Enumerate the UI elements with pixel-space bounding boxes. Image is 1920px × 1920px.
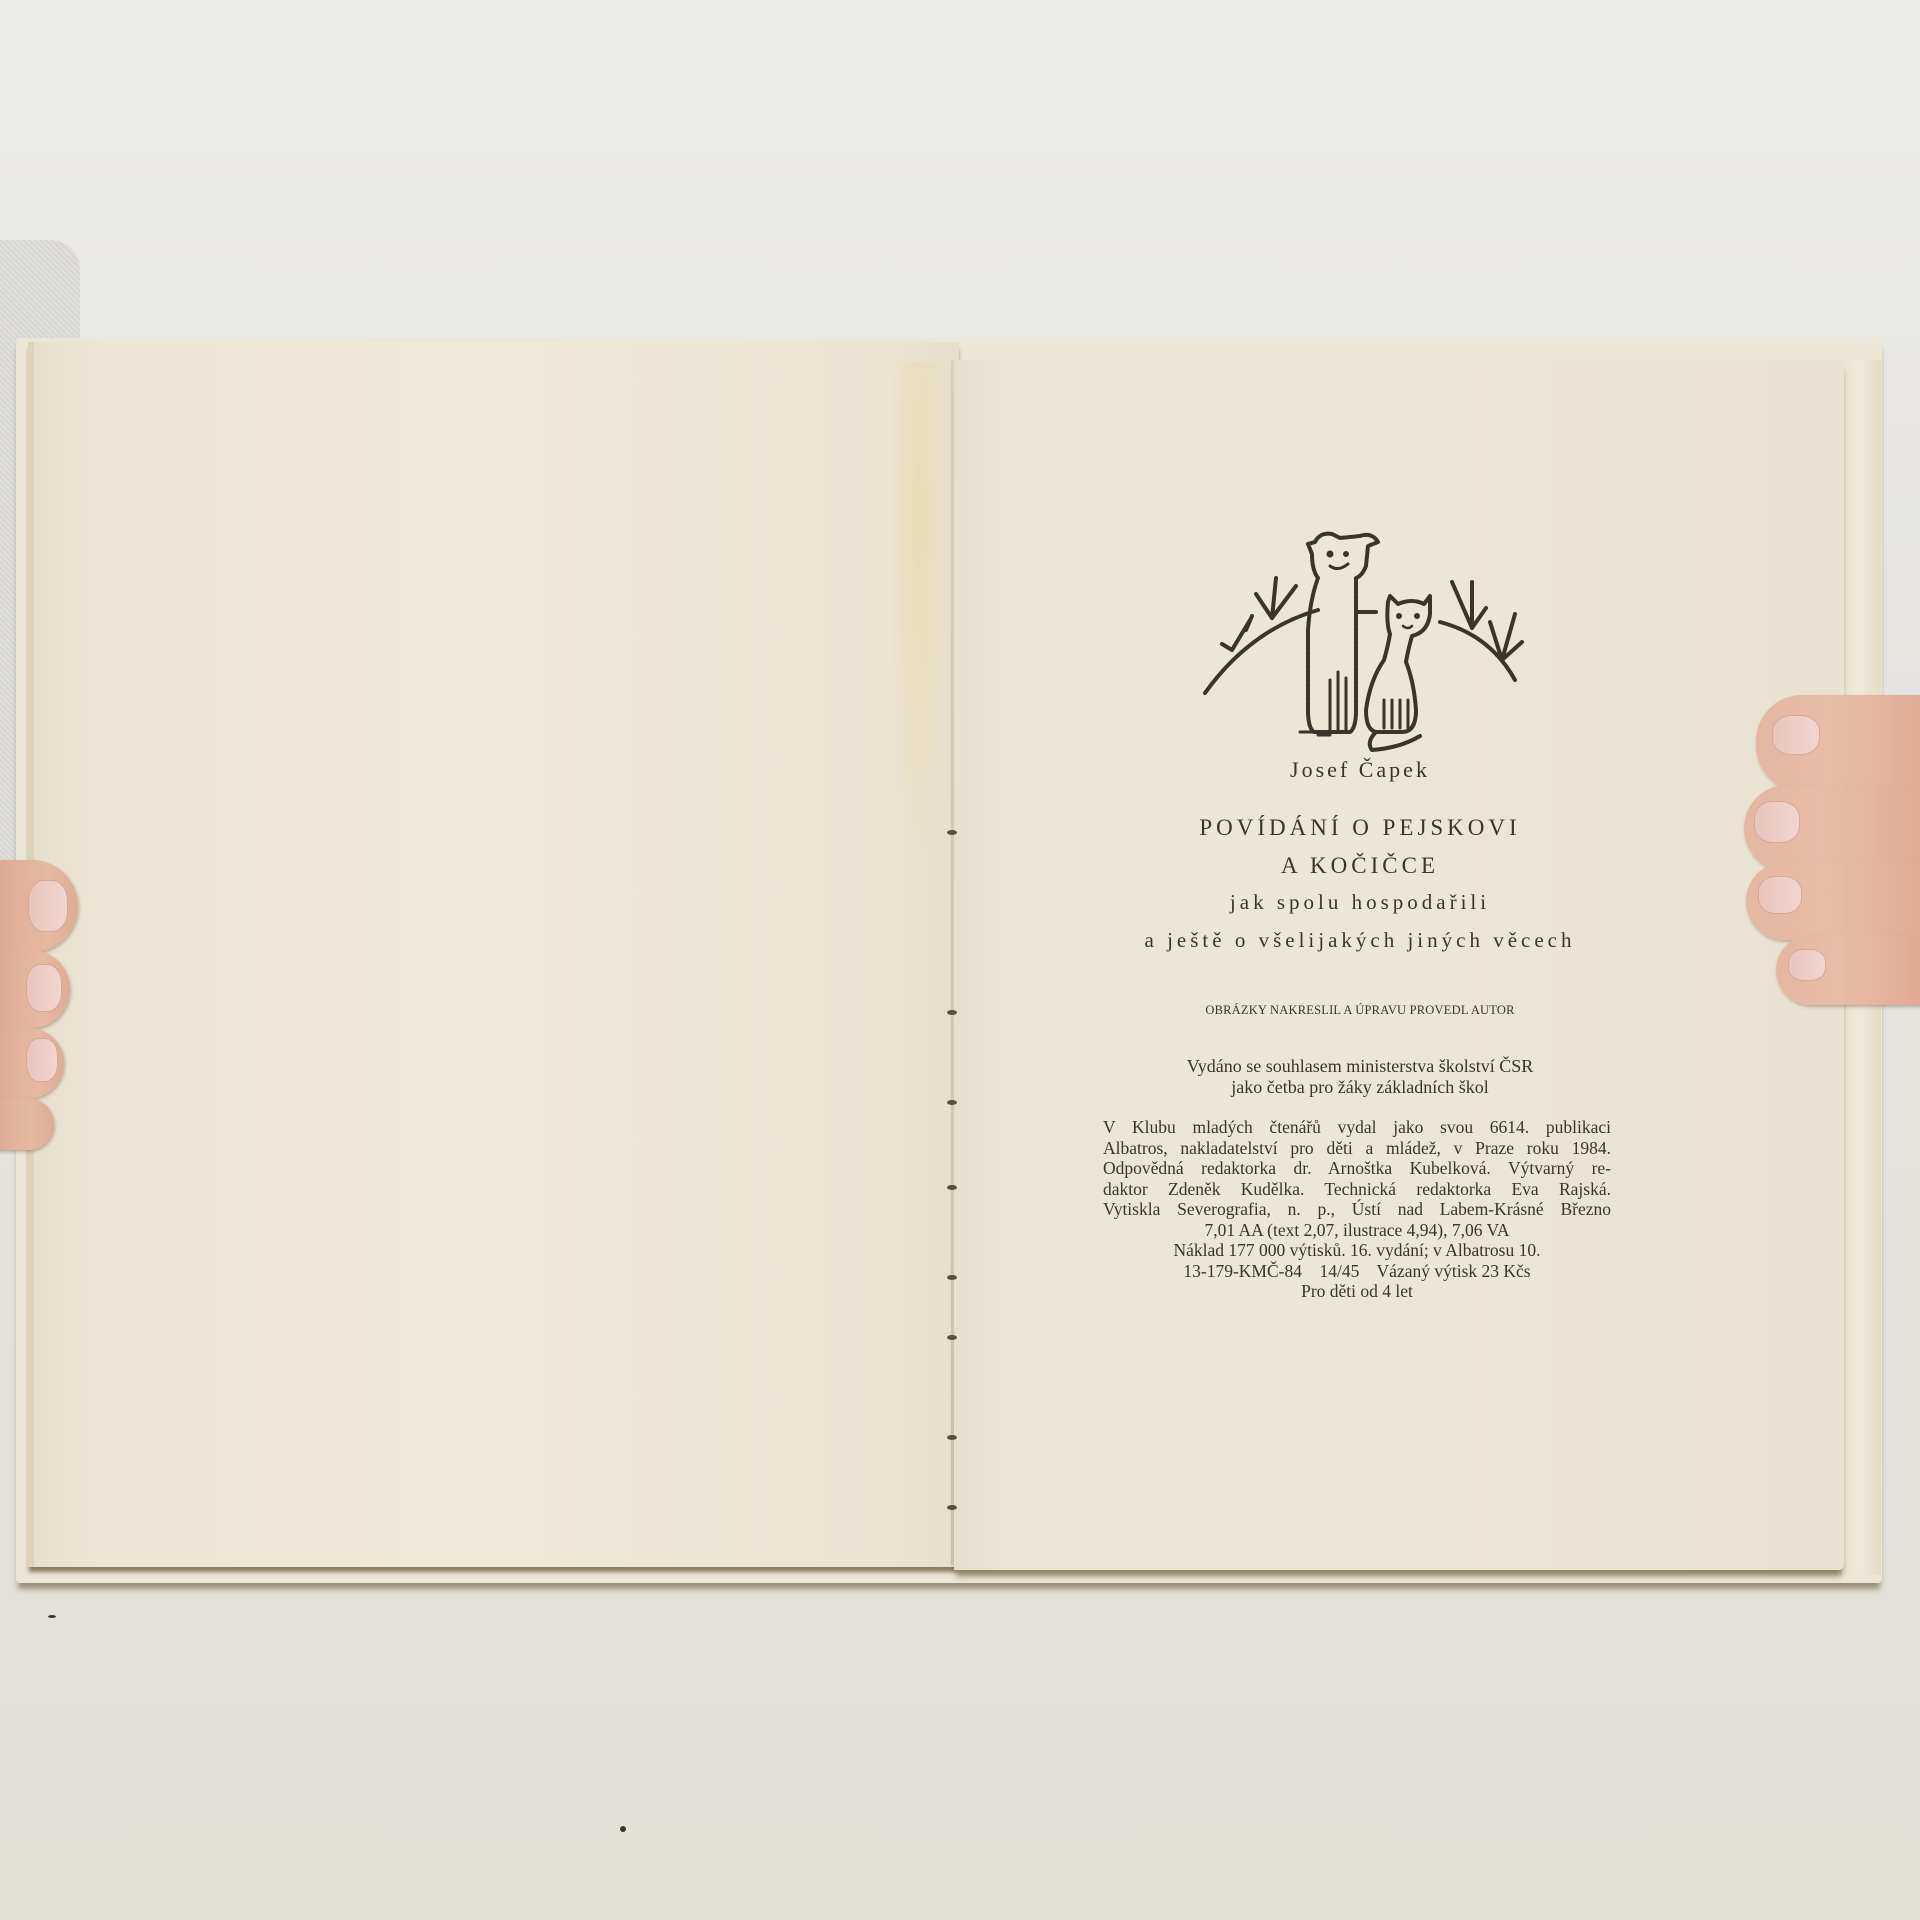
fingernail xyxy=(1788,949,1826,981)
finger xyxy=(0,1098,54,1150)
page-stain xyxy=(889,362,949,882)
finger xyxy=(1776,935,1920,1005)
fingernail xyxy=(1758,876,1802,914)
book-subtitle-line: jak spolu hospodařili xyxy=(1080,890,1640,915)
fingernail xyxy=(1772,715,1820,755)
fingernail xyxy=(28,880,68,932)
finger xyxy=(1744,785,1920,871)
binding-stitch xyxy=(947,1010,957,1015)
finger xyxy=(1746,862,1920,940)
imprint-line: 7,01 AA (text 2,07, ilustrace 4,94), 7,0… xyxy=(1103,1220,1611,1241)
binding-stitch xyxy=(947,1100,957,1105)
book-subtitle-line: a ještě o všelijakých jiných věcech xyxy=(1080,928,1640,953)
binding-stitch xyxy=(947,1275,957,1280)
imprint-line: 13-179-KMČ-84 14/45 Vázaný výtisk 23 Kčs xyxy=(1103,1261,1611,1282)
table-speck xyxy=(620,1826,626,1832)
imprint-line: Vytiskla Severografia, n. p., Ústí nad L… xyxy=(1103,1199,1611,1220)
book-gutter xyxy=(951,360,954,1565)
fingernail xyxy=(26,964,62,1012)
imprint-line: Pro děti od 4 let xyxy=(1103,1281,1611,1302)
imprint-line: Albatros, nakladatelství pro děti a mlád… xyxy=(1103,1138,1611,1159)
ministry-approval: Vydáno se souhlasem ministerstva školstv… xyxy=(1100,1056,1620,1098)
fingernail xyxy=(26,1038,58,1082)
finger xyxy=(1756,695,1920,791)
book-title-line: POVÍDÁNÍ O PEJSKOVI xyxy=(1100,815,1620,841)
publication-imprint: V Klubu mladých čtenářů vydal jako svou … xyxy=(1103,1117,1611,1302)
illustration-credit: OBRÁZKY NAKRESLIL A ÚPRAVU PROVEDL AUTOR xyxy=(1100,1003,1620,1018)
approval-line: jako četba pro žáky základních škol xyxy=(1100,1077,1620,1098)
binding-stitch xyxy=(947,1185,957,1190)
binding-stitch xyxy=(947,1335,957,1340)
table-speck xyxy=(48,1615,56,1618)
imprint-line: Odpovědná redaktorka dr. Arnoštka Kubelk… xyxy=(1103,1158,1611,1179)
author-name: Josef Čapek xyxy=(1160,757,1560,783)
binding-stitch xyxy=(947,830,957,835)
binding-stitch xyxy=(947,1505,957,1510)
imprint-line: daktor Zdeněk Kudělka. Technická redakto… xyxy=(1103,1179,1611,1200)
book-title-line: A KOČIČCE xyxy=(1100,853,1620,879)
fingernail xyxy=(1754,801,1800,843)
approval-line: Vydáno se souhlasem ministerstva školstv… xyxy=(1100,1056,1620,1077)
imprint-line: Náklad 177 000 výtisků. 16. vydání; v Al… xyxy=(1103,1240,1611,1261)
left-page xyxy=(28,342,959,1567)
dog-and-cat-on-hill-illustration xyxy=(1190,510,1550,760)
imprint-line: V Klubu mladých čtenářů vydal jako svou … xyxy=(1103,1117,1611,1138)
binding-stitch xyxy=(947,1435,957,1440)
